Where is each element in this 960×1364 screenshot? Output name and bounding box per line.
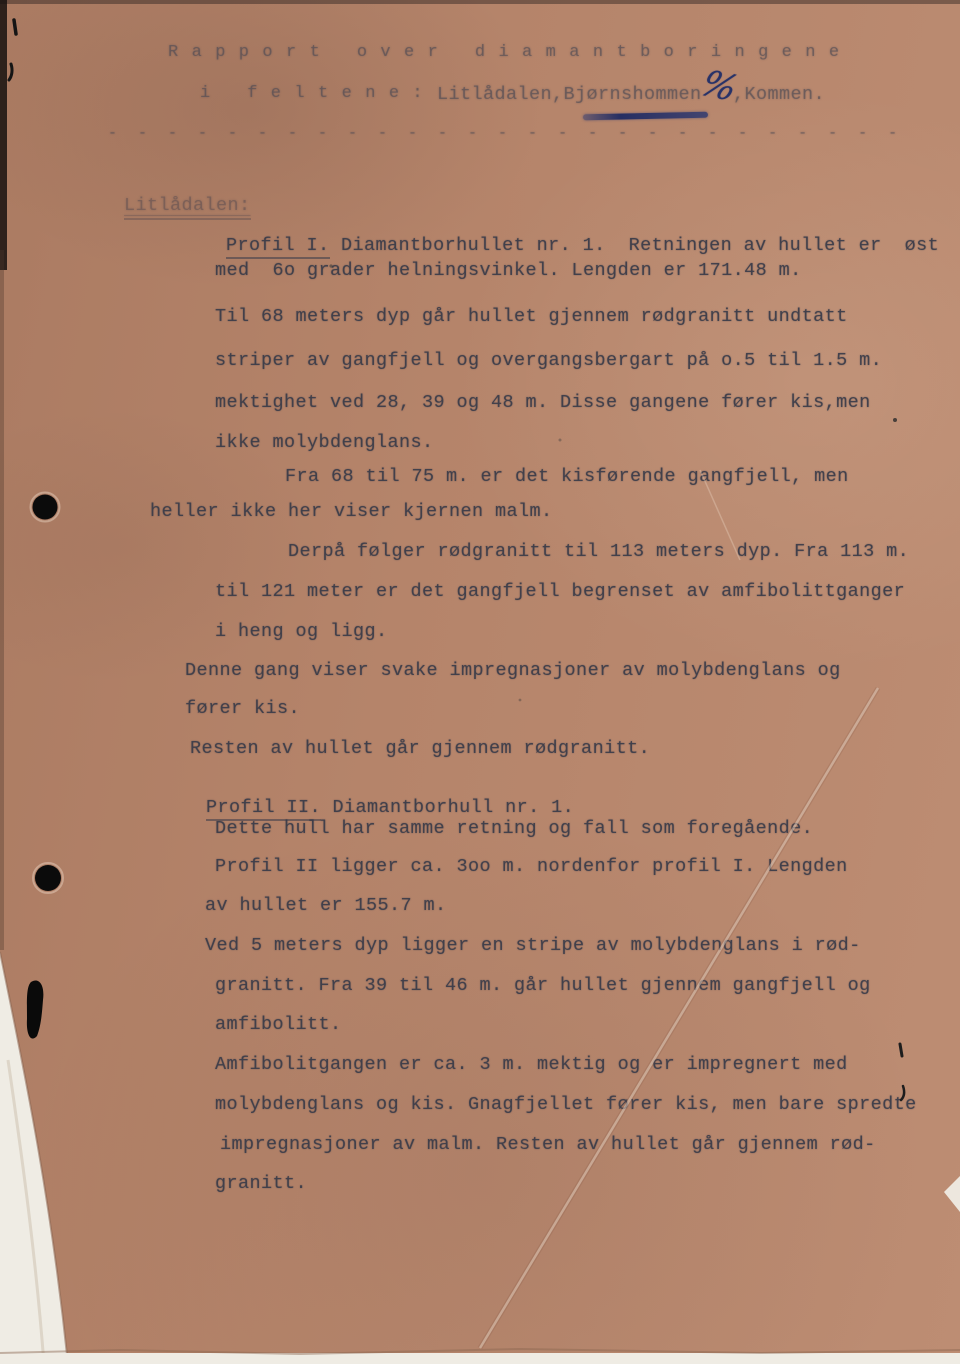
profil-2-intro: Diamantborhull nr. 1. (321, 797, 574, 818)
text-line: av hullet er 155.7 m. (205, 897, 447, 916)
text-line: ikke molybdenglans. (215, 434, 434, 453)
text-line: Ved 5 meters dyp ligger en stripe av mol… (205, 937, 861, 956)
section-heading-text: Litlådalen: (124, 195, 251, 220)
text-line: i heng og ligg. (215, 623, 388, 642)
text-line: granitt. (215, 1175, 307, 1194)
report-subtitle-places: Litlådalen,Bjørnshommen (437, 86, 702, 105)
profil-2-label: Profil II. (206, 797, 321, 821)
text-line: impregnasjoner av malm. Resten av hullet… (220, 1136, 876, 1155)
text-line: Profil II ligger ca. 3oo m. nordenfor pr… (215, 858, 848, 877)
profil-1-label: Profil I. (226, 235, 330, 259)
text-line: til 121 meter er det gangfjell begrenset… (215, 583, 905, 602)
text-line: molybdenglans og kis. Gnagfjellet fører … (215, 1096, 917, 1115)
report-title: R a p p o r t o v e r d i a m a n t b o … (168, 44, 841, 61)
text-line: granitt. Fra 39 til 46 m. går hullet gje… (215, 977, 871, 996)
text-line: med 6o grader helningsvinkel. Lengden er… (215, 262, 802, 281)
profil-1-intro: Diamantborhullet nr. 1. Retningen av hul… (330, 235, 940, 256)
text-line: Derpå følger rødgranitt til 113 meters d… (288, 543, 909, 562)
text-line: fører kis. (185, 700, 300, 719)
scanned-document-page: R a p p o r t o v e r d i a m a n t b o … (0, 0, 960, 1364)
report-subtitle-tail: ,Kommen. (733, 86, 825, 105)
text-line: Resten av hullet går gjennem rødgranitt. (190, 740, 650, 759)
text-line: Til 68 meters dyp går hullet gjennem rød… (215, 308, 848, 327)
text-line: amfibolitt. (215, 1016, 342, 1035)
dashed-separator: - - - - - - - - - - - - - - - - - - - - … (108, 126, 908, 141)
text-line: striper av gangfjell og overgangsbergart… (215, 352, 882, 371)
report-subtitle-fields: i f e l t e n e : (200, 85, 424, 102)
text-line: Dette hull har samme retning og fall som… (215, 820, 813, 839)
text-line: heller ikke her viser kjernen malm. (150, 503, 553, 522)
text-line: Denne gang viser svake impregnasjoner av… (185, 662, 841, 681)
text-line: Fra 68 til 75 m. er det kisførende gangf… (285, 468, 849, 487)
text-line: Amfibolitgangen er ca. 3 m. mektig og er… (215, 1056, 848, 1075)
text-line: mektighet ved 28, 39 og 48 m. Disse gang… (215, 394, 871, 413)
